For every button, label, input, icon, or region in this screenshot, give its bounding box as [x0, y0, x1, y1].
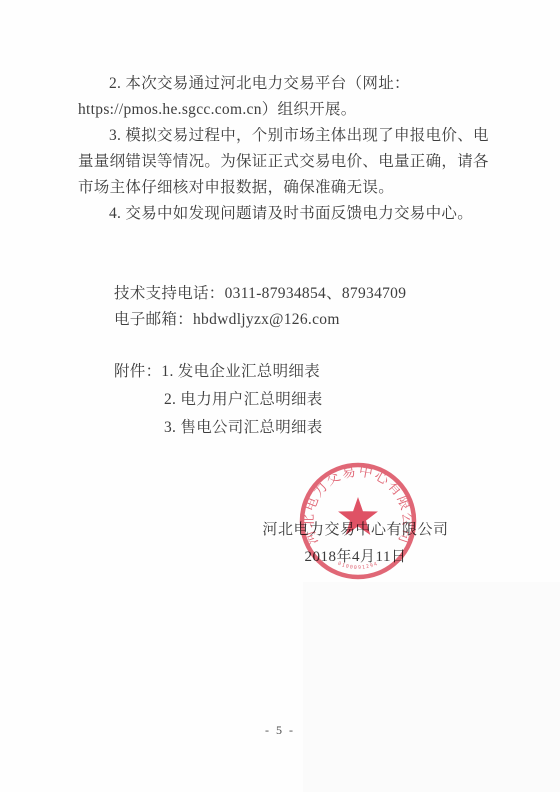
seal-star	[338, 497, 378, 535]
scan-artifact-shade	[303, 582, 560, 792]
paragraph-line-url: https://pmos.he.sgcc.com.cn）组织开展。	[78, 97, 486, 123]
seal-serial-number: 0100091294	[337, 561, 380, 571]
attachment-item: 3. 售电公司汇总明细表	[114, 414, 323, 442]
page-number: - 5 -	[0, 723, 560, 738]
paragraph-line: 4. 交易中如发现问题请及时书面反馈电力交易中心。	[78, 201, 486, 227]
paragraph-line: 3. 模拟交易过程中，个别市场主体出现了申报电价、电	[78, 123, 486, 149]
attachments-label: 附件：	[114, 363, 161, 380]
body-paragraphs: 2. 本次交易通过河北电力交易平台（网址： https://pmos.he.sg…	[78, 71, 486, 227]
attachment-item-text: 1. 发电企业汇总明细表	[161, 363, 320, 380]
official-seal: 河北电力交易中心有限公司 0100091294	[296, 459, 420, 583]
attachment-item: 2. 电力用户汇总明细表	[114, 386, 323, 414]
document-page: 2. 本次交易通过河北电力交易平台（网址： https://pmos.he.sg…	[0, 0, 560, 792]
paragraph-line: 量量纲错误等情况。为保证正式交易电价、电量正确，请各	[78, 149, 486, 175]
email-line: 电子邮箱：hbdwdljyzx@126.com	[114, 307, 406, 333]
paragraph-line: 2. 本次交易通过河北电力交易平台（网址：	[78, 71, 486, 97]
attachment-item: 附件：1. 发电企业汇总明细表	[114, 358, 323, 386]
paragraph-line: 市场主体仔细核对申报数据，确保准确无误。	[78, 175, 486, 201]
attachments-list: 附件：1. 发电企业汇总明细表 2. 电力用户汇总明细表 3. 售电公司汇总明细…	[114, 358, 323, 442]
support-phone-line: 技术支持电话：0311-87934854、87934709	[114, 281, 406, 307]
contact-info: 技术支持电话：0311-87934854、87934709 电子邮箱：hbdwd…	[114, 281, 406, 333]
